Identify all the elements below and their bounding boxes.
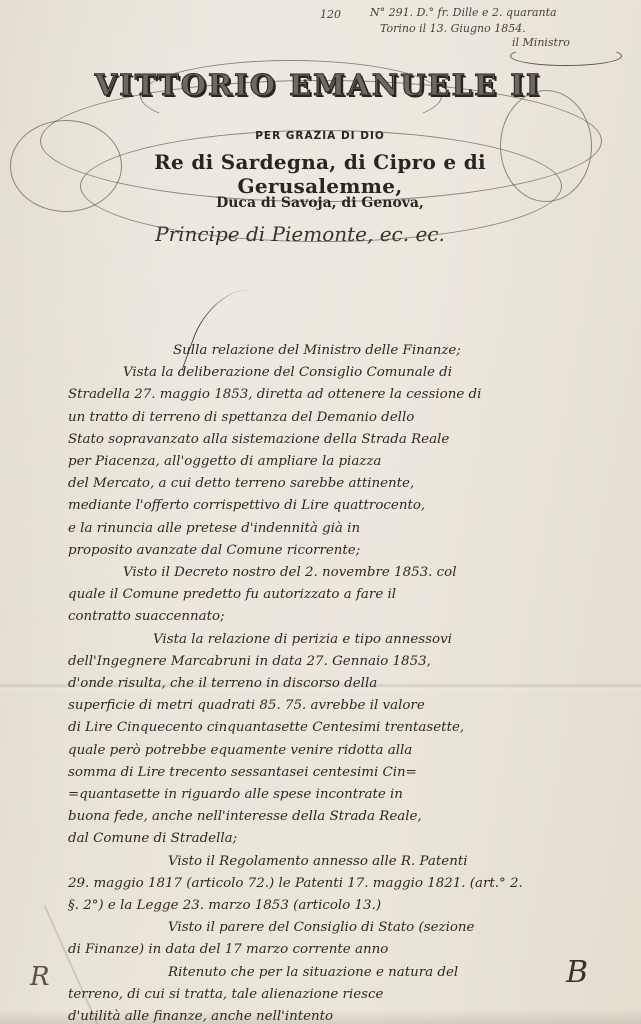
body-line: Visto il Regolamento annesso alle R. Pat…	[68, 851, 628, 873]
registration-note: N° 291. D.° fr. Dille e 2. quaranta	[370, 6, 557, 19]
body-line: di Lire Cinquecento cinquantasette Cente…	[68, 717, 628, 739]
body-line: buona fede, anche nell'interesse della S…	[68, 806, 628, 828]
body-line: Sulla relazione del Ministro delle Finan…	[68, 340, 628, 362]
body-line: Vista la relazione di perizia e tipo ann…	[68, 629, 628, 651]
body-line: dell'Ingegnere Marcabruni in data 27. Ge…	[68, 651, 628, 673]
body-line: terreno, di cui si tratta, tale alienazi…	[68, 984, 628, 1006]
body-line: §. 2°) e la Legge 23. marzo 1853 (artico…	[68, 895, 628, 917]
document-page: 120 N° 291. D.° fr. Dille e 2. quaranta …	[0, 0, 641, 1024]
body-line: del Mercato, a cui detto terreno sarebbe…	[68, 473, 628, 495]
body-line: Visto il Decreto nostro del 2. novembre …	[68, 562, 628, 584]
body-line: di Finanze) in data del 17 marzo corrent…	[68, 939, 628, 961]
body-line: 29. maggio 1817 (articolo 72.) le Patent…	[68, 873, 628, 895]
body-line: somma di Lire trecento sessantasei cente…	[68, 762, 628, 784]
body-line: mediante l'offerto corrispettivo di Lire…	[68, 495, 628, 517]
body-line: Stradella 27. maggio 1853, diretta ad ot…	[68, 384, 628, 406]
body-line: quale però potrebbe equamente venire rid…	[68, 740, 628, 762]
body-line: quale il Comune predetto fu autorizzato …	[68, 584, 628, 606]
letterhead-principality: Principe di Piemonte, ec. ec.	[150, 222, 450, 246]
body-line: superficie di metri quadrati 85. 75. avr…	[68, 695, 628, 717]
body-line: d'utilità alle finanze, anche nell'inten…	[68, 1006, 628, 1024]
body-line: =quantasette in riguardo alle spese inco…	[68, 784, 628, 806]
body-line: un tratto di terreno di spettanza del De…	[68, 407, 628, 429]
letterhead-duchies: Duca di Savoja, di Genova,	[170, 195, 470, 211]
body-line: contratto suaccennato;	[68, 606, 628, 628]
registration-date: Torino il 13. Giugno 1854.	[380, 22, 526, 35]
body-line: proposito avanzate dal Comune ricorrente…	[68, 540, 628, 562]
page-mark-r: R	[30, 962, 50, 992]
body-line: e la rinuncia alle pretese d'indennità g…	[68, 518, 628, 540]
body-line: d'onde risulta, che il terreno in discor…	[68, 673, 628, 695]
reference-number: 120	[320, 8, 341, 21]
letterhead-title: VITTORIO EMANUELE II	[88, 68, 548, 102]
decree-body: Sulla relazione del Ministro delle Finan…	[68, 340, 628, 1024]
body-line: Vista la deliberazione del Consiglio Com…	[68, 362, 628, 384]
letterhead-kingdoms: Re di Sardegna, di Cipro e di Gerusalemm…	[70, 150, 570, 198]
letterhead-subtitle: PER GRAZIA DI DIO	[200, 130, 440, 142]
body-line: Visto il parere del Consiglio di Stato (…	[68, 917, 628, 939]
body-line: Ritenuto che per la situazione e natura …	[68, 962, 628, 984]
body-line: dal Comune di Stradella;	[68, 828, 628, 850]
body-line: Stato sopravanzato alla sistemazione del…	[68, 429, 628, 451]
body-line: per Piacenza, all'oggetto di ampliare la…	[68, 451, 628, 473]
page-mark-b: B	[566, 955, 588, 990]
